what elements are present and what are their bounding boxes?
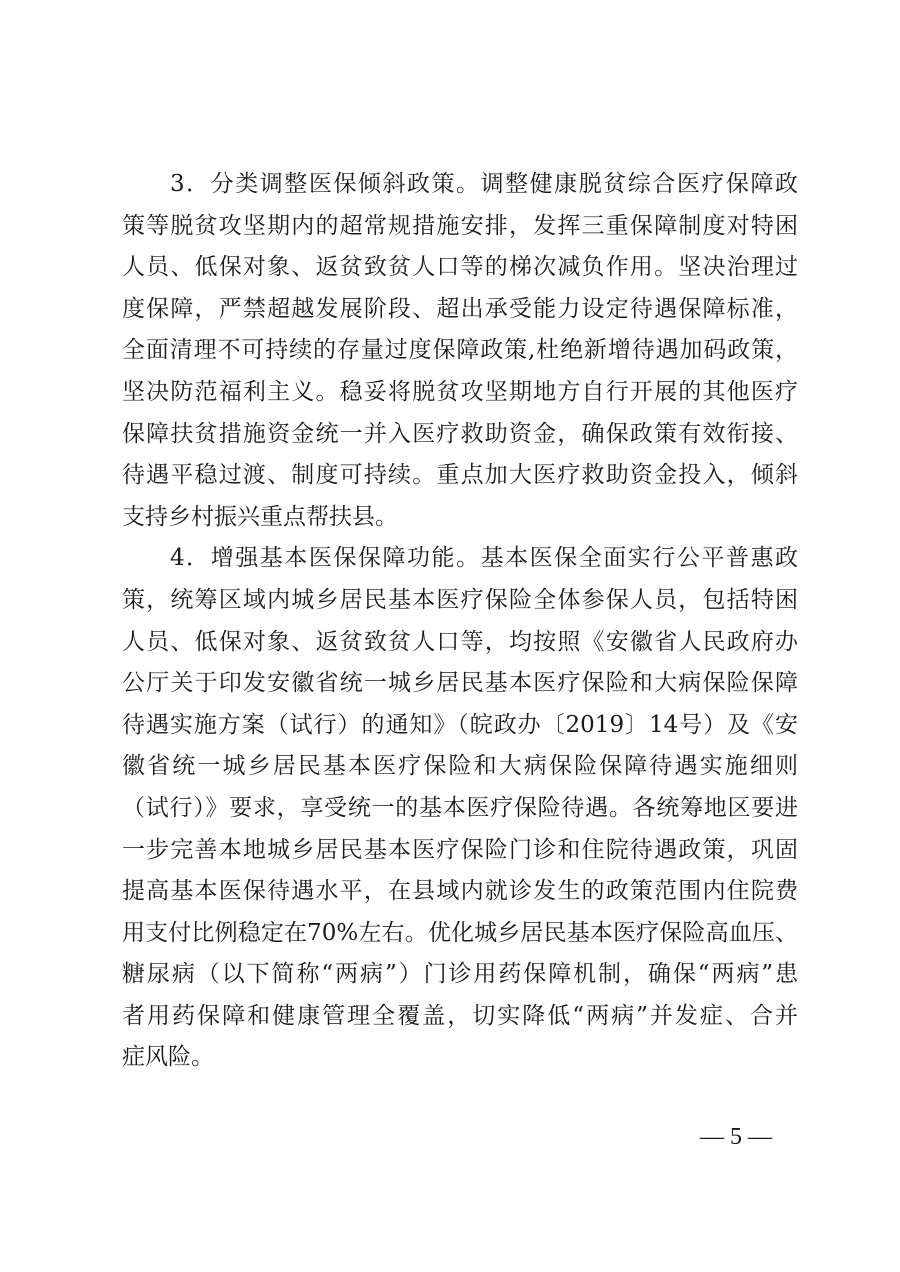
text-line: 待遇平稳过渡、制度可持续。重点加大医疗救助资金投入，倾斜: [122, 455, 798, 497]
text-line: 人员、低保对象、返贫致贫人口等，均按照《安徽省人民政府办: [122, 622, 798, 664]
page-number: — 5 —: [696, 1122, 776, 1152]
paragraph-section-3: 3．分类调整医保倾斜政策。调整健康脱贫综合医疗保障政 策等脱贫攻坚期内的超常规措…: [122, 164, 798, 538]
text-line: 待遇实施方案（试行）的通知》（皖政办〔2019〕14号）及《安: [122, 705, 798, 747]
text-line: 公厅关于印发安徽省统一城乡居民基本医疗保险和大病保险保障: [122, 663, 798, 705]
text-line: 4．增强基本医保保障功能。基本医保全面实行公平普惠政: [122, 538, 798, 580]
document-page: 3．分类调整医保倾斜政策。调整健康脱贫综合医疗保障政 策等脱贫攻坚期内的超常规措…: [0, 0, 900, 1272]
text-line: 徽省统一城乡居民基本医疗保险和大病保险保障待遇实施细则: [122, 746, 798, 788]
text-line: 症风险。: [122, 1037, 798, 1079]
text-line: 3．分类调整医保倾斜政策。调整健康脱贫综合医疗保障政: [122, 164, 798, 206]
text-line: 策等脱贫攻坚期内的超常规措施安排，发挥三重保障制度对特困: [122, 206, 798, 248]
text-line: 全面清理不可持续的存量过度保障政策,杜绝新增待遇加码政策，: [122, 330, 798, 372]
body-text: 3．分类调整医保倾斜政策。调整健康脱贫综合医疗保障政 策等脱贫攻坚期内的超常规措…: [122, 164, 798, 1079]
text-line: 者用药保障和健康管理全覆盖，切实降低“两病”并发症、合并: [122, 996, 798, 1038]
text-line: 支持乡村振兴重点帮扶县。: [122, 497, 798, 539]
text-line: 用支付比例稳定在70%左右。优化城乡居民基本医疗保险高血压、: [122, 913, 798, 955]
text-line: （试行）》要求，享受统一的基本医疗保险待遇。各统筹地区要进: [122, 788, 798, 830]
text-line: 策，统筹区域内城乡居民基本医疗保险全体参保人员，包括特困: [122, 580, 798, 622]
text-line: 坚决防范福利主义。稳妥将脱贫攻坚期地方自行开展的其他医疗: [122, 372, 798, 414]
text-line: 糖尿病（以下简称“两病”）门诊用药保障机制，确保“两病”患: [122, 954, 798, 996]
text-line: 人员、低保对象、返贫致贫人口等的梯次减负作用。坚决治理过: [122, 247, 798, 289]
paragraph-section-4: 4．增强基本医保保障功能。基本医保全面实行公平普惠政 策，统筹区域内城乡居民基本…: [122, 538, 798, 1079]
text-line: 一步完善本地城乡居民基本医疗保险门诊和住院待遇政策，巩固: [122, 830, 798, 872]
text-line: 提高基本医保待遇水平，在县域内就诊发生的政策范围内住院费: [122, 871, 798, 913]
text-line: 保障扶贫措施资金统一并入医疗救助资金，确保政策有效衔接、: [122, 414, 798, 456]
text-line: 度保障，严禁超越发展阶段、超出承受能力设定待遇保障标准，: [122, 289, 798, 331]
